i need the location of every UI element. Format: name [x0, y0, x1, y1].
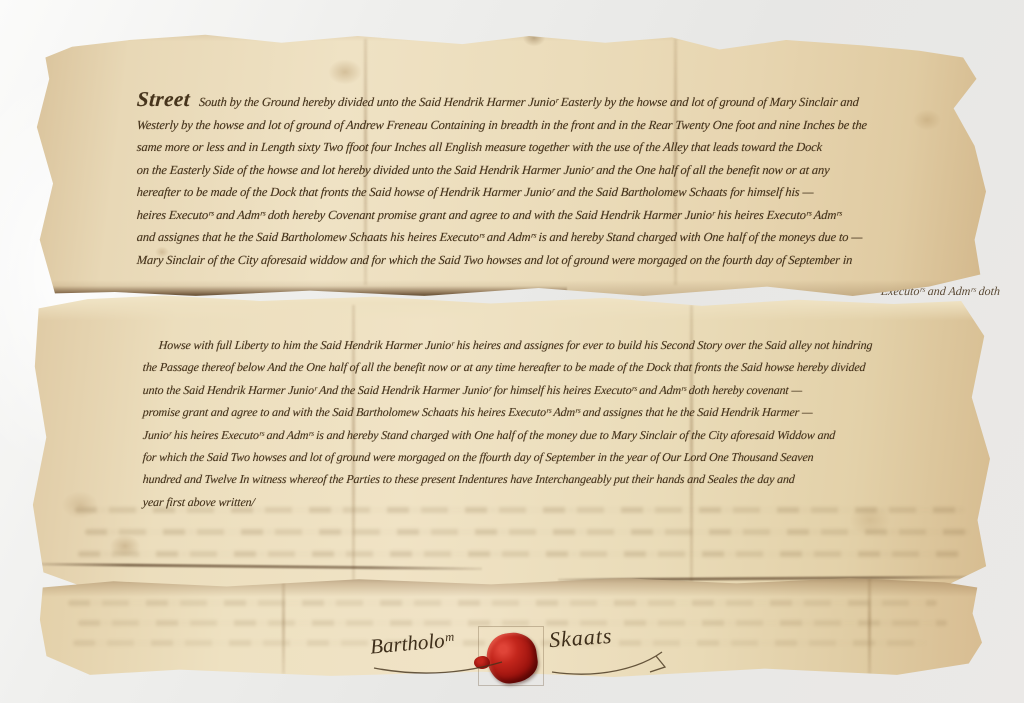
- paragraph-opening-word: Street: [136, 87, 191, 111]
- bleed-through-line: [85, 529, 970, 535]
- handwritten-line: same more or less and in Length sixty Tw…: [136, 136, 978, 159]
- handwritten-line: Mary Sinclair of the City aforesaid widd…: [136, 249, 978, 272]
- handwritten-line: StreetSouth by the Ground hereby divided…: [136, 88, 978, 114]
- bleed-through-line: [68, 600, 937, 606]
- vertical-crease: [868, 578, 871, 674]
- handwritten-line: on the Easterly Side of the howse and lo…: [136, 159, 978, 182]
- photo-background: Executoʳˢ and Admʳˢ doth StreetSouth by …: [0, 0, 1024, 703]
- bleed-through-line: [78, 551, 960, 557]
- handwritten-line: hundred and Twelve In witness whereof th…: [142, 468, 990, 490]
- handwritten-line: for which the Said Two howses and lot of…: [142, 446, 990, 468]
- vertical-crease: [282, 578, 285, 674]
- handwritten-line: Westerly by the howse and lot of ground …: [136, 114, 978, 137]
- document-photo: Executoʳˢ and Admʳˢ doth StreetSouth by …: [0, 0, 1024, 703]
- handwritten-line: Junioʳ his heires Executoʳˢ and Admʳˢ is…: [142, 424, 990, 446]
- handwritten-line: year first above written/: [142, 491, 990, 513]
- handwritten-line: unto the Said Hendrik Harmer Junioʳ And …: [142, 379, 990, 401]
- paragraph-1: StreetSouth by the Ground hereby divided…: [136, 88, 976, 271]
- signature-flourish: [356, 616, 696, 692]
- horizontal-crease: [40, 563, 482, 571]
- handwritten-line: Howse with full Liberty to him the Said …: [142, 334, 990, 356]
- paragraph-2: Howse with full Liberty to him the Said …: [142, 334, 988, 513]
- handwritten-line: and assignes that he the Said Bartholome…: [136, 226, 978, 249]
- handwritten-line: the Passage thereof below And the One ha…: [142, 356, 990, 378]
- handwritten-text: South by the Ground hereby divided unto …: [198, 95, 859, 109]
- handwritten-line: hereafter to be made of the Dock that fr…: [136, 181, 978, 204]
- handwritten-line: promise grant and agree to and with the …: [142, 401, 990, 423]
- handwritten-line: heires Executoʳˢ and Admʳˢ doth hereby C…: [136, 204, 978, 227]
